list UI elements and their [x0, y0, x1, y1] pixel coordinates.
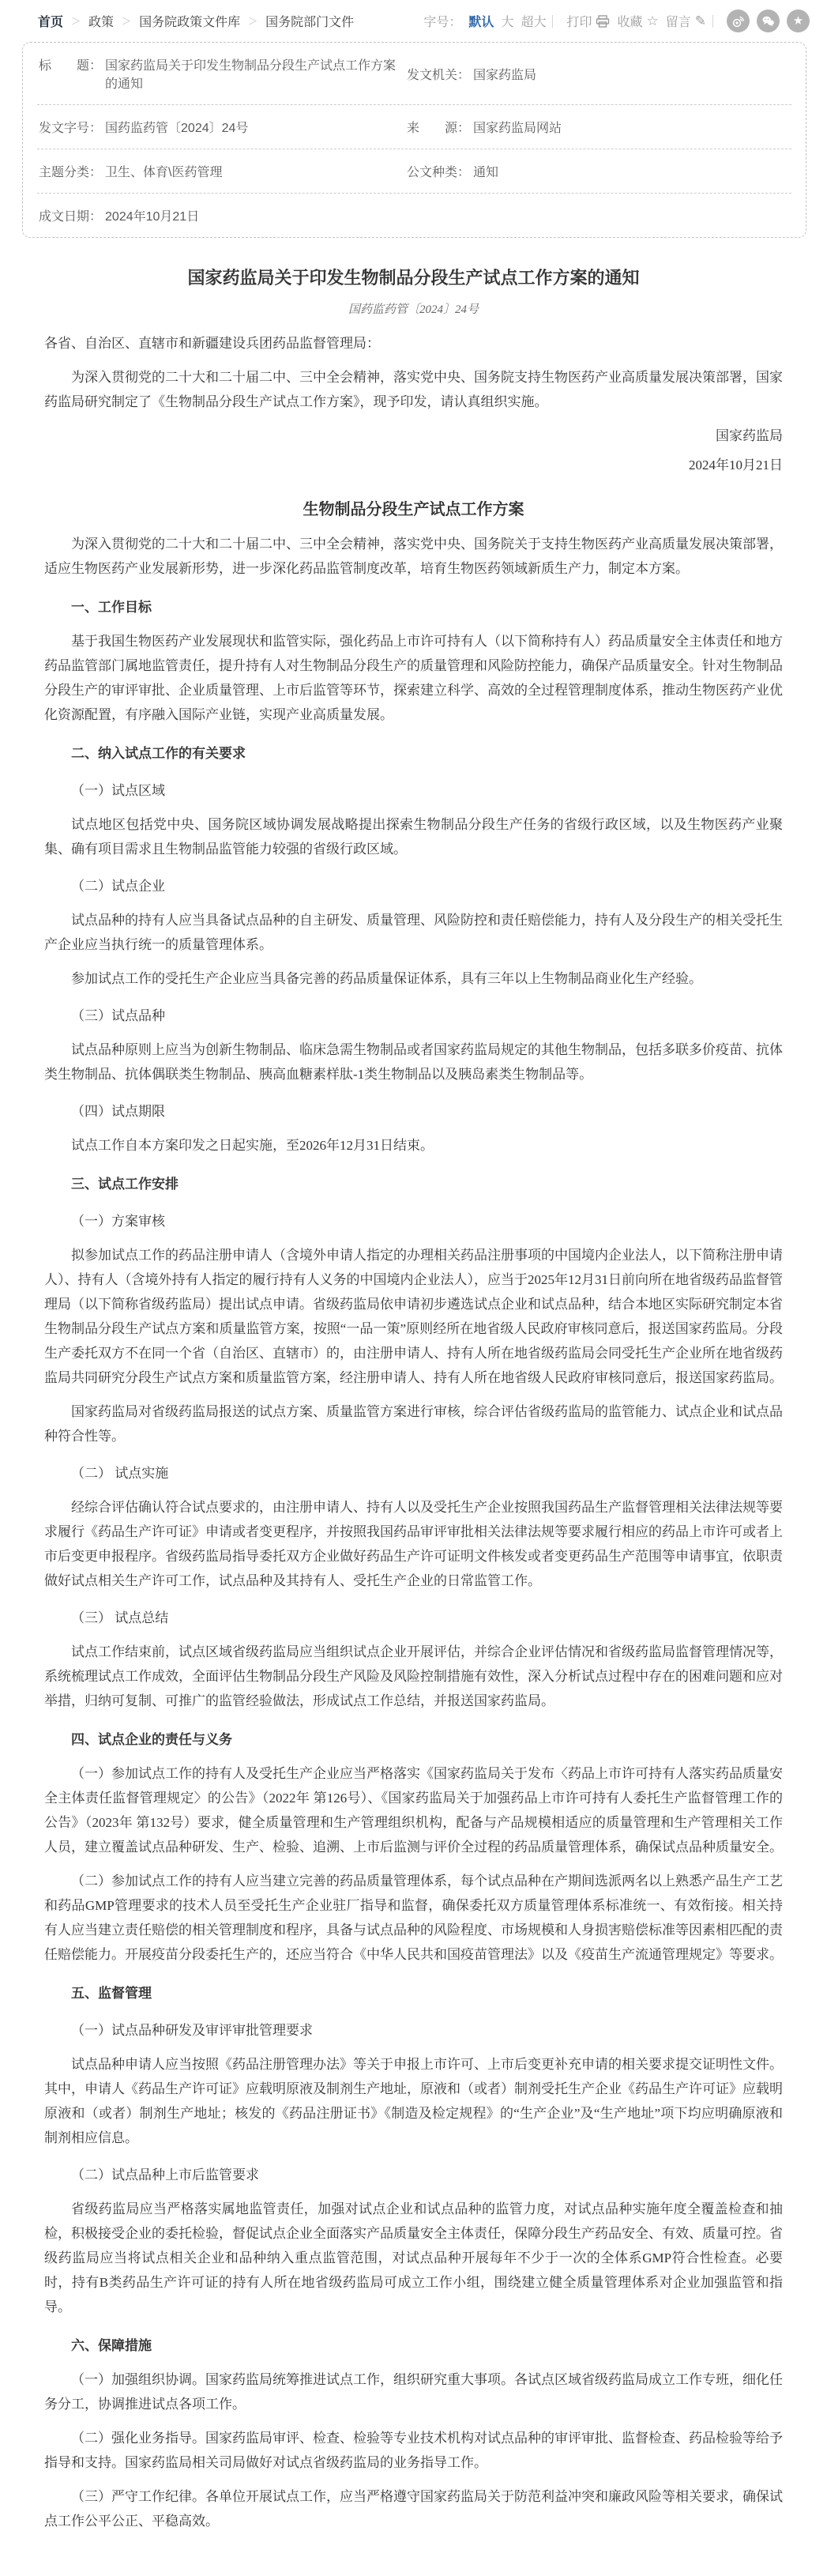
article-para: 拟参加试点工作的药品注册申请人（含境外申请人指定的办理相关药品注册事项的中国境内…: [44, 1243, 783, 1390]
article-h1: 五、监督管理: [44, 1981, 783, 2005]
meta-cell: 成文日期： 2024年10月21日: [39, 206, 407, 224]
star-icon: ☆: [646, 14, 658, 28]
meta-agency-value: 国家药监局: [473, 65, 536, 83]
breadcrumb-item[interactable]: 政策: [88, 12, 114, 30]
font-size-default-button[interactable]: 默认: [468, 12, 494, 30]
meta-title-value: 国家药监局关于印发生物制品分段生产试点工作方案的通知: [105, 55, 407, 92]
meta-cell: 标 题： 国家药监局关于印发生物制品分段生产试点工作方案的通知: [39, 55, 407, 92]
article-para: 为深入贯彻党的二十大和二十届二中、三中全会精神，落实党中央、国务院关于支持生物医…: [44, 532, 783, 581]
meta-docno-value: 国药监药管〔2024〕24号: [105, 118, 248, 136]
article-body: 各省、自治区、直辖市和新疆建设兵团药品监督管理局：为深入贯彻党的二十大和二十届二…: [44, 331, 783, 2533]
meta-title-label: 标 题：: [39, 55, 102, 92]
article-h2: （二）试点企业: [44, 874, 783, 898]
toolbar-divider: [712, 15, 713, 28]
favorite-label: 收藏: [617, 12, 642, 30]
font-size-label: 字号：: [423, 12, 461, 30]
wechat-share-button[interactable]: [757, 9, 780, 32]
page: 首页＞政策＞国务院政策文件库＞国务院部门文件 字号： 默认 大 超大 打印 收藏: [0, 0, 827, 2576]
meta-type-label: 公文种类：: [407, 162, 470, 180]
toolbar: 字号： 默认 大 超大 打印 收藏 ☆ 留言: [416, 9, 810, 32]
article-salutation: 各省、自治区、直辖市和新疆建设兵团药品监督管理局：: [44, 331, 783, 356]
meta-date-value: 2024年10月21日: [105, 206, 199, 224]
print-label: 打印: [566, 12, 592, 30]
article-para: 经综合评估确认符合试点要求的，由注册申请人、持有人以及受托生产企业按照我国药品生…: [44, 1495, 783, 1593]
article-para: 试点工作结束前，试点区域省级药监局应当组织试点企业开展评估，并综合企业评估情况和…: [44, 1640, 783, 1713]
article-para: （二）强化业务指导。国家药监局审评、检查、检验等专业技术机构对试点品种的审评审批…: [44, 2426, 783, 2475]
meta-box: 标 题： 国家药监局关于印发生物制品分段生产试点工作方案的通知 发文机关： 国家…: [22, 42, 806, 238]
article-para: 试点地区包括党中央、国务院区域协调发展战略提出探索生物制品分段生产任务的省级行政…: [44, 812, 783, 861]
article-h2: （三） 试点总结: [44, 1606, 783, 1630]
article-h1: 六、保障措施: [44, 2333, 783, 2358]
meta-source-value: 国家药监局网站: [473, 118, 562, 136]
article-para: （二）参加试点工作的持有人应当建立完善的药品质量管理体系，每个试点品种在产期间选…: [44, 1869, 783, 1967]
article-para: （一）加强组织协调。国家药监局统筹推进试点工作，组织研究重大事项。各试点区域省级…: [44, 2367, 783, 2416]
breadcrumb-separator: ＞: [248, 14, 257, 28]
meta-topic-value: 卫生、体育\医药管理: [105, 162, 222, 180]
wechat-share-icon: [761, 15, 775, 27]
meta-cell: 来 源： 国家药监局网站: [407, 118, 562, 136]
article-h2: （一）试点区域: [44, 778, 783, 803]
article-right: 国家药监局: [44, 424, 783, 448]
meta-agency-label: 发文机关：: [407, 65, 470, 83]
article-h2: （二） 试点实施: [44, 1461, 783, 1486]
print-button[interactable]: 打印: [566, 12, 610, 30]
meta-cell: 发文机关： 国家药监局: [407, 65, 536, 83]
article-para: 为深入贯彻党的二十大和二十届二中、三中全会精神，落实党中央、国务院支持生物医药产…: [44, 365, 783, 414]
toolbar-divider: [552, 15, 553, 28]
article-right: 2024年10月21日: [44, 453, 783, 477]
breadcrumb-item[interactable]: 国务院政策文件库: [139, 12, 240, 30]
meta-cell: 公文种类： 通知: [407, 162, 498, 180]
meta-cell: 发文字号： 国药监药管〔2024〕24号: [39, 118, 407, 136]
font-size-large-button[interactable]: 大: [501, 12, 513, 30]
meta-topic-label: 主题分类：: [39, 162, 102, 180]
notice-title: 国家药监局关于印发生物制品分段生产试点工作方案的通知: [44, 265, 783, 291]
notice-doc-number: 国药监药管〔2024〕24号: [44, 300, 783, 317]
meta-date-label: 成文日期：: [39, 206, 102, 224]
article-doc-title: 生物制品分段生产试点工作方案: [44, 498, 783, 522]
pencil-icon: ✎: [695, 14, 706, 28]
article-para: 基于我国生物医药产业发展现状和监管实际，强化药品上市许可持有人（以下简称持有人）…: [44, 629, 783, 727]
breadcrumb-separator: ＞: [122, 14, 131, 28]
article-h2: （一）方案审核: [44, 1209, 783, 1233]
meta-cell: 主题分类： 卫生、体育\医药管理: [39, 162, 407, 180]
printer-icon: [596, 15, 610, 28]
weibo-share-button[interactable]: [727, 9, 750, 32]
article-para: 试点工作自本方案印发之日起实施，至2026年12月31日结束。: [44, 1133, 783, 1158]
article-h2: （一）试点品种研发及审评审批管理要求: [44, 2018, 783, 2043]
article-para: 国家药监局对省级药监局报送的试点方案、质量监管方案进行审核，综合评估省级药监局的…: [44, 1399, 783, 1448]
comment-label: 留言: [666, 12, 691, 30]
breadcrumb: 首页＞政策＞国务院政策文件库＞国务院部门文件: [38, 12, 354, 30]
article: 国家药监局关于印发生物制品分段生产试点工作方案的通知 国药监药管〔2024〕24…: [0, 238, 827, 2576]
favorite-button[interactable]: 收藏 ☆: [617, 12, 658, 30]
weibo-share-icon: [731, 15, 745, 28]
breadcrumb-separator: ＞: [71, 14, 81, 28]
article-para: （三）严守工作纪律。各单位开展试点工作，应当严格遵守国家药监局关于防范利益冲突和…: [44, 2484, 783, 2533]
qzone-share-icon: ★: [793, 15, 803, 27]
article-h2: （四）试点期限: [44, 1099, 783, 1124]
article-para: 试点品种申请人应当按照《药品注册管理办法》等关于申报上市许可、上市后变更补充申请…: [44, 2052, 783, 2150]
meta-type-value: 通知: [473, 162, 498, 180]
article-para: 省级药监局应当严格落实属地监管责任，加强对试点企业和试点品种的监管力度，对试点品…: [44, 2197, 783, 2319]
article-h1: 一、工作目标: [44, 595, 783, 620]
comment-button[interactable]: 留言 ✎: [666, 12, 706, 30]
meta-row-title: 标 题： 国家药监局关于印发生物制品分段生产试点工作方案的通知 发文机关： 国家…: [37, 43, 791, 105]
article-para: 参加试点工作的受托生产企业应当具备完善的药品质量保证体系，具有三年以上生物制品商…: [44, 966, 783, 991]
breadcrumb-item[interactable]: 国务院部门文件: [265, 12, 354, 30]
meta-source-label: 来 源：: [407, 118, 470, 136]
article-h2: （二）试点品种上市后监管要求: [44, 2163, 783, 2187]
meta-row-topic: 主题分类： 卫生、体育\医药管理 公文种类： 通知: [37, 149, 791, 194]
article-h1: 三、试点工作安排: [44, 1172, 783, 1196]
breadcrumb-item[interactable]: 首页: [38, 12, 63, 30]
meta-docno-label: 发文字号：: [39, 118, 102, 136]
qzone-share-button[interactable]: ★: [787, 9, 810, 32]
article-h1: 二、纳入试点工作的有关要求: [44, 741, 783, 766]
meta-row-docno: 发文字号： 国药监药管〔2024〕24号 来 源： 国家药监局网站: [37, 105, 791, 149]
article-h2: （三）试点品种: [44, 1004, 783, 1028]
page-header: 首页＞政策＞国务院政策文件库＞国务院部门文件 字号： 默认 大 超大 打印 收藏: [0, 0, 827, 39]
article-para: 试点品种原则上应当为创新生物制品、临床急需生物制品或者国家药监局规定的其他生物制…: [44, 1038, 783, 1087]
article-h1: 四、试点企业的责任与义务: [44, 1727, 783, 1752]
article-para: （一）参加试点工作的持有人及受托生产企业应当严格落实《国家药监局关于发布〈药品上…: [44, 1761, 783, 1859]
meta-row-date: 成文日期： 2024年10月21日: [37, 194, 791, 237]
font-size-xlarge-button[interactable]: 超大: [521, 12, 546, 30]
article-para: 试点品种的持有人应当具备试点品种的自主研发、质量管理、风险防控和责任赔偿能力，持…: [44, 908, 783, 957]
